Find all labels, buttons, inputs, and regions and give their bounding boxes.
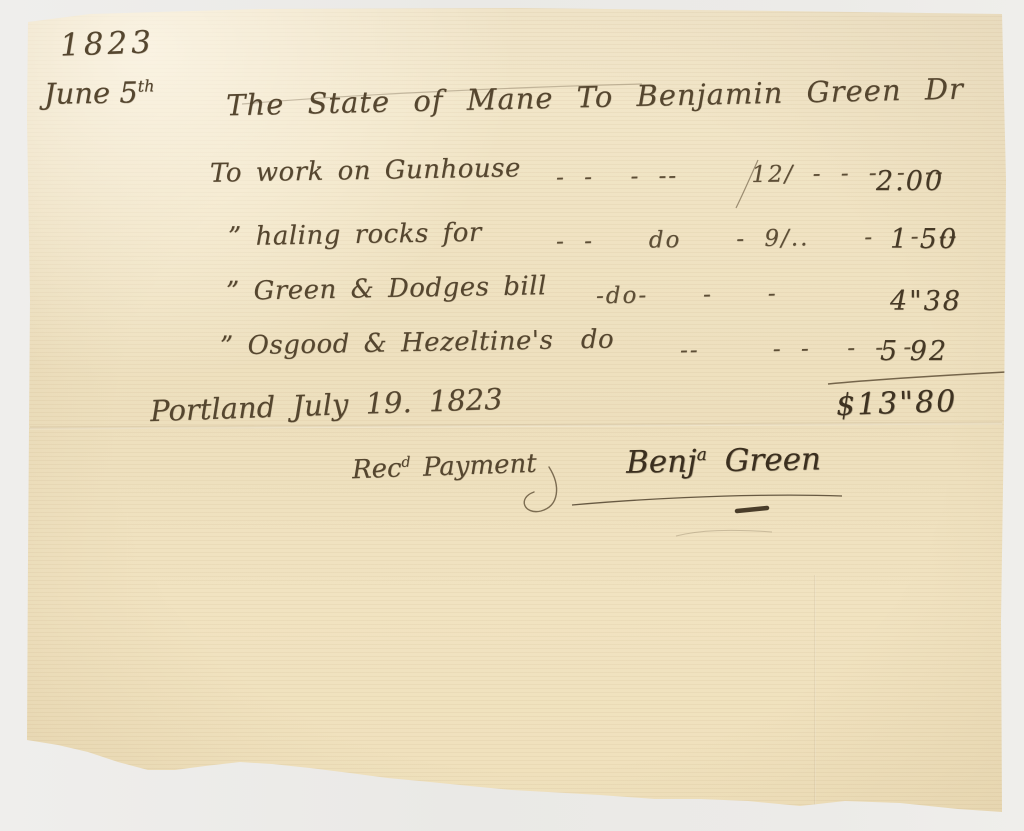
entry-description: ” haling rocks for (228, 218, 482, 252)
vertical-fold-crease (814, 575, 816, 807)
entry-description: To work on Gunhouse (210, 153, 521, 188)
entry-dash-rate: -- - - - - - (680, 334, 914, 363)
entry-amount: 2.00 (876, 166, 944, 197)
entry-dash-rate: -do- - - (596, 281, 778, 310)
ditto-mark: ” (226, 276, 254, 306)
ditto-mark: ” (220, 331, 248, 361)
entry-date-ordinal: th (138, 76, 155, 95)
signature: Benja Green (626, 441, 822, 480)
entry-date-main: June 5 (44, 75, 138, 111)
ditto-mark: ” (228, 222, 256, 252)
sum-rule (828, 372, 1006, 384)
total-amount: $13"80 (835, 384, 957, 423)
signature-underline (572, 495, 842, 505)
entry-amount: 5 92 (880, 336, 948, 367)
stray-mark (676, 530, 772, 536)
received-payment-note: Recd Payment (352, 449, 538, 485)
receipt-heading: The State of Mane To Benjamin Green Dr (226, 72, 965, 123)
scan-background: 1823 June 5th The State of Mane To Benja… (0, 0, 1024, 831)
signature-underline-accent (737, 508, 767, 511)
entry-description: ” Green & Dodges bill (226, 271, 547, 307)
receipt-paper: 1823 June 5th The State of Mane To Benja… (0, 0, 1024, 831)
year-label: 1823 (59, 24, 155, 63)
entry-amount: 1 50 (890, 224, 958, 255)
entry-date: June 5th (44, 75, 155, 111)
place-and-date: Portland July 19. 1823 (150, 382, 504, 428)
entry-amount: 4"38 (890, 286, 962, 317)
entry-description: ” Osgood & Hezeltine's do (220, 325, 615, 362)
